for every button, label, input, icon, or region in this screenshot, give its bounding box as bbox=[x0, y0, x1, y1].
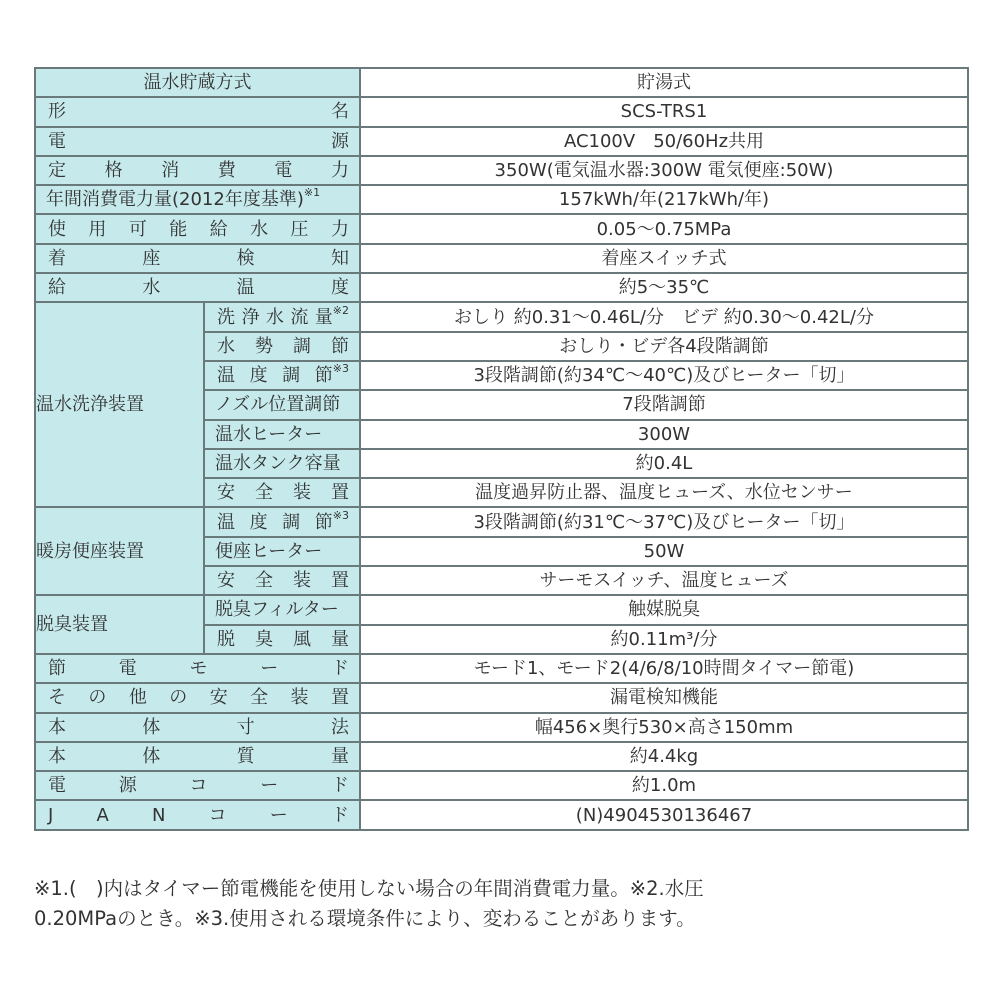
label-char: 温水タンク容量 bbox=[215, 453, 341, 474]
spec-sublabel: 温度調節※3 bbox=[204, 361, 360, 390]
spec-value: 157kWh/年(217kWh/年) bbox=[360, 185, 968, 214]
label-char: 消 bbox=[161, 157, 179, 184]
label-char: 費 bbox=[218, 157, 236, 184]
table-row: 暖房便座装置温度調節※33段階調節(約31℃〜37℃)及びヒーター「切」 bbox=[35, 507, 968, 536]
label-char: 脱臭フィルター bbox=[215, 599, 339, 620]
table-row: その他の安全装置漏電検知機能 bbox=[35, 683, 968, 712]
spec-value: おしり・ビデ各4段階調節 bbox=[360, 332, 968, 361]
label-char: 定 bbox=[48, 157, 66, 184]
spec-value: 漏電検知機能 bbox=[360, 683, 968, 712]
label-char: 形 bbox=[48, 98, 66, 125]
label-char: ド bbox=[331, 802, 349, 829]
label-char: 節※3 bbox=[315, 509, 349, 536]
label-char: 量※2 bbox=[315, 304, 349, 331]
label-char: 使 bbox=[48, 216, 66, 243]
label-char: の bbox=[169, 684, 187, 711]
spec-sublabel: ノズル位置調節 bbox=[204, 390, 360, 419]
label-char: 水 bbox=[266, 304, 284, 331]
spec-sublabel: 温水タンク容量 bbox=[204, 449, 360, 478]
label-char: 用 bbox=[88, 216, 106, 243]
footnote-line-2: 0.20MPaのとき。※3.使用される環境条件により、変わることがあります。 bbox=[34, 904, 974, 934]
spec-value: モード1、モード2(4/6/8/10時間タイマー節電) bbox=[360, 654, 968, 683]
label-char: 量 bbox=[331, 743, 349, 770]
table-row: 着座検知着座スイッチ式 bbox=[35, 244, 968, 273]
spec-label: 電源 bbox=[35, 127, 360, 156]
spec-value: (N)4904530136467 bbox=[360, 800, 968, 829]
label-char: 度 bbox=[331, 274, 349, 301]
footnote-marker: ※3 bbox=[333, 362, 349, 375]
group-label: 暖房便座装置 bbox=[35, 507, 204, 595]
spec-value: 約5〜35℃ bbox=[360, 273, 968, 302]
spec-value: 触媒脱臭 bbox=[360, 595, 968, 624]
label-char: 給 bbox=[48, 274, 66, 301]
spec-label: 電源コード bbox=[35, 771, 360, 800]
label-char: 量 bbox=[331, 626, 349, 653]
label-char: 浄 bbox=[241, 304, 259, 331]
label-char: 圧 bbox=[291, 216, 309, 243]
table-row: 形名SCS-TRS1 bbox=[35, 97, 968, 126]
label-char: 節 bbox=[331, 333, 349, 360]
label-char: 寸 bbox=[237, 714, 255, 741]
spec-sublabel: 脱臭フィルター bbox=[204, 595, 360, 624]
label-char: 水 bbox=[217, 333, 235, 360]
spec-value: 約0.11m³/分 bbox=[360, 625, 968, 654]
label-char: 置 bbox=[331, 684, 349, 711]
spec-label: 着座検知 bbox=[35, 244, 360, 273]
label-char: モ bbox=[190, 655, 208, 682]
table-row: 節電モードモード1、モード2(4/6/8/10時間タイマー節電) bbox=[35, 654, 968, 683]
label-char: 置 bbox=[331, 567, 349, 594]
table-row: 脱臭装置脱臭フィルター触媒脱臭 bbox=[35, 595, 968, 624]
footnote-marker: ※3 bbox=[333, 509, 349, 522]
label-char: 検 bbox=[237, 245, 255, 272]
spec-value: 着座スイッチ式 bbox=[360, 244, 968, 273]
table-row: JANコード(N)4904530136467 bbox=[35, 800, 968, 829]
label-char: A bbox=[96, 802, 108, 829]
spec-sublabel: 安全装置 bbox=[204, 566, 360, 595]
label-char: 力 bbox=[331, 157, 349, 184]
label-char: 着 bbox=[48, 245, 66, 272]
label-char: 電 bbox=[48, 772, 66, 799]
label-char: 電 bbox=[274, 157, 292, 184]
spec-value: サーモスイッチ、温度ヒューズ bbox=[360, 566, 968, 595]
label-char: 全 bbox=[250, 684, 268, 711]
label-char: 電 bbox=[119, 655, 137, 682]
label-text: 年間消費電力量(2012年度基準) bbox=[46, 189, 304, 210]
spec-value: SCS-TRS1 bbox=[360, 97, 968, 126]
spec-value: おしり 約0.31〜0.46L/分 ビデ 約0.30〜0.42L/分 bbox=[360, 302, 968, 331]
spec-sublabel: 安全装置 bbox=[204, 478, 360, 507]
label-char: 全 bbox=[255, 567, 273, 594]
label-char: N bbox=[152, 802, 165, 829]
table-row: 使用可能給水圧力0.05〜0.75MPa bbox=[35, 214, 968, 243]
label-char: 格 bbox=[105, 157, 123, 184]
label-char: 調 bbox=[282, 362, 300, 389]
table-header-row: 温水貯蔵方式貯湯式 bbox=[35, 68, 968, 97]
label-char: 本 bbox=[48, 714, 66, 741]
label-char: J bbox=[48, 802, 53, 829]
label-char: ド bbox=[331, 655, 349, 682]
spec-value: 幅456×奥行530×高さ150mm bbox=[360, 713, 968, 742]
spec-label: その他の安全装置 bbox=[35, 683, 360, 712]
label-char: ー bbox=[260, 655, 278, 682]
label-char: 装 bbox=[293, 479, 311, 506]
spec-value: 350W(電気温水器:300W 電気便座:50W) bbox=[360, 156, 968, 185]
spec-value: 約4.4kg bbox=[360, 742, 968, 771]
spec-sublabel: 洗浄水流量※2 bbox=[204, 302, 360, 331]
spec-sublabel: 便座ヒーター bbox=[204, 537, 360, 566]
spec-value: 50W bbox=[360, 537, 968, 566]
table-row: 電源コード約1.0m bbox=[35, 771, 968, 800]
spec-sublabel: 温水ヒーター bbox=[204, 420, 360, 449]
label-char: 節※3 bbox=[315, 362, 349, 389]
table-row: 定格消費電力350W(電気温水器:300W 電気便座:50W) bbox=[35, 156, 968, 185]
spec-sublabel: 水勢調節 bbox=[204, 332, 360, 361]
label-char: 風 bbox=[293, 626, 311, 653]
group-label: 温水洗浄装置 bbox=[35, 302, 204, 507]
table-row: 電源AC100V 50/60Hz共用 bbox=[35, 127, 968, 156]
label-char: 名 bbox=[331, 98, 349, 125]
table-row: 給水温度約5〜35℃ bbox=[35, 273, 968, 302]
label-char: 水 bbox=[142, 274, 160, 301]
spec-label: 年間消費電力量(2012年度基準)※1 bbox=[35, 185, 360, 214]
label-char: 安 bbox=[210, 684, 228, 711]
label-char: 全 bbox=[255, 479, 273, 506]
spec-value: 0.05〜0.75MPa bbox=[360, 214, 968, 243]
label-char: 装 bbox=[291, 684, 309, 711]
label-char: 質 bbox=[237, 743, 255, 770]
spec-label: 使用可能給水圧力 bbox=[35, 214, 360, 243]
spec-value: 300W bbox=[360, 420, 968, 449]
label-char: ド bbox=[331, 772, 349, 799]
spec-sublabel: 温度調節※3 bbox=[204, 507, 360, 536]
label-char: 可 bbox=[129, 216, 147, 243]
label-char: 温 bbox=[217, 362, 235, 389]
label-char: そ bbox=[48, 684, 66, 711]
label-char: 臭 bbox=[255, 626, 273, 653]
table-row: 本体寸法幅456×奥行530×高さ150mm bbox=[35, 713, 968, 742]
spec-value: 温度過昇防止器、温度ヒューズ、水位センサー bbox=[360, 478, 968, 507]
table-row: 温水洗浄装置洗浄水流量※2おしり 約0.31〜0.46L/分 ビデ 約0.30〜… bbox=[35, 302, 968, 331]
label-char: 温 bbox=[217, 509, 235, 536]
spec-table: 温水貯蔵方式貯湯式形名SCS-TRS1電源AC100V 50/60Hz共用定格消… bbox=[34, 67, 969, 831]
spec-value: 約1.0m bbox=[360, 771, 968, 800]
label-char: 源 bbox=[119, 772, 137, 799]
label-char: 体 bbox=[142, 714, 160, 741]
spec-value: 7段階調節 bbox=[360, 390, 968, 419]
spec-label: 給水温度 bbox=[35, 273, 360, 302]
label-char: 能 bbox=[169, 216, 187, 243]
label-char: 本 bbox=[48, 743, 66, 770]
spec-value: 約0.4L bbox=[360, 449, 968, 478]
table-row: 本体質量約4.4kg bbox=[35, 742, 968, 771]
footnotes: ※1.( )内はタイマー節電機能を使用しない場合の年間消費電力量。※2.水圧 0… bbox=[34, 874, 974, 934]
spec-value: AC100V 50/60Hz共用 bbox=[360, 127, 968, 156]
header-value: 貯湯式 bbox=[360, 68, 968, 97]
label-char: 調 bbox=[293, 333, 311, 360]
label-char: 度 bbox=[250, 509, 268, 536]
label-char: ノズル位置調節 bbox=[215, 394, 340, 415]
label-char: 座 bbox=[142, 245, 160, 272]
label-char: コ bbox=[209, 802, 227, 829]
label-char: 装 bbox=[293, 567, 311, 594]
spec-label: JANコード bbox=[35, 800, 360, 829]
footnote-marker: ※2 bbox=[333, 304, 349, 317]
spec-label: 本体質量 bbox=[35, 742, 360, 771]
label-char: 安 bbox=[217, 479, 235, 506]
spec-label: 定格消費電力 bbox=[35, 156, 360, 185]
spec-sublabel: 脱臭風量 bbox=[204, 625, 360, 654]
label-char: 洗 bbox=[217, 304, 235, 331]
label-char: 便座ヒーター bbox=[215, 541, 322, 562]
label-char: 電 bbox=[48, 128, 66, 155]
label-char: 流 bbox=[290, 304, 308, 331]
spec-label: 形名 bbox=[35, 97, 360, 126]
label-char: 安 bbox=[217, 567, 235, 594]
label-char: 体 bbox=[142, 743, 160, 770]
label-char: 法 bbox=[331, 714, 349, 741]
label-char: 勢 bbox=[255, 333, 273, 360]
footnote-marker: ※1 bbox=[304, 186, 320, 199]
label-char: 他 bbox=[129, 684, 147, 711]
label-char: 調 bbox=[282, 509, 300, 536]
label-char: 知 bbox=[331, 245, 349, 272]
label-char: 給 bbox=[210, 216, 228, 243]
header-label: 温水貯蔵方式 bbox=[35, 68, 360, 97]
label-char: 温水ヒーター bbox=[215, 424, 322, 445]
label-char: 節 bbox=[48, 655, 66, 682]
label-char: コ bbox=[190, 772, 208, 799]
label-char: 脱 bbox=[217, 626, 235, 653]
label-char: の bbox=[88, 684, 106, 711]
group-label: 脱臭装置 bbox=[35, 595, 204, 654]
label-char: 源 bbox=[331, 128, 349, 155]
spec-label: 本体寸法 bbox=[35, 713, 360, 742]
footnote-line-1: ※1.( )内はタイマー節電機能を使用しない場合の年間消費電力量。※2.水圧 bbox=[34, 874, 974, 904]
label-char: 温 bbox=[237, 274, 255, 301]
spec-label: 節電モード bbox=[35, 654, 360, 683]
spec-value: 3段階調節(約31℃〜37℃)及びヒーター「切」 bbox=[360, 507, 968, 536]
spec-value: 3段階調節(約34℃〜40℃)及びヒーター「切」 bbox=[360, 361, 968, 390]
label-char: 力 bbox=[331, 216, 349, 243]
label-char: ー bbox=[260, 772, 278, 799]
label-char: 水 bbox=[250, 216, 268, 243]
table-row: 年間消費電力量(2012年度基準)※1157kWh/年(217kWh/年) bbox=[35, 185, 968, 214]
label-char: ー bbox=[270, 802, 288, 829]
label-char: 置 bbox=[331, 479, 349, 506]
label-char: 度 bbox=[250, 362, 268, 389]
